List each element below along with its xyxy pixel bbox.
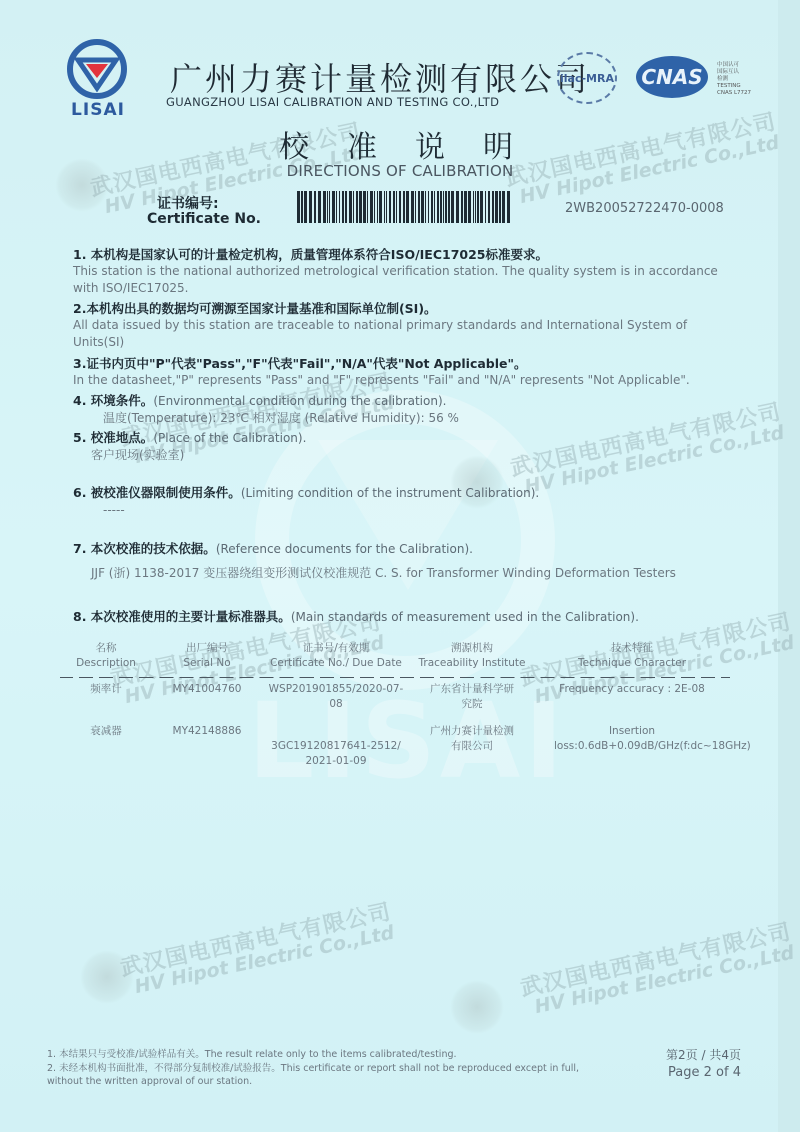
lisai-logo-icon bbox=[66, 38, 128, 100]
cell-description: 衰减器 bbox=[60, 724, 152, 769]
watermark-burst-icon bbox=[450, 980, 504, 1034]
cell-technique: Frequency accuracy : 2E-08 bbox=[534, 682, 730, 712]
section-1: 1. 本机构是国家认可的计量检定机构，质量管理体系符合ISO/IEC17025标… bbox=[73, 246, 733, 297]
cell-serial: MY41004760 bbox=[152, 682, 262, 712]
cnas-accreditation-text: 中国认可 国际互认 检测 TESTING CNAS L7727 bbox=[717, 62, 751, 97]
watermark: 武汉国电西高电气有限公司HV Hipot Electric Co.,Ltd bbox=[519, 922, 798, 1019]
section-body: In the datasheet,"P" represents "Pass" a… bbox=[73, 372, 733, 389]
section-heading: 3.证书内页中"P"代表"Pass","F"代表"Fail","N/A"代表"N… bbox=[73, 355, 733, 372]
document-title-en: DIRECTIONS OF CALIBRATION bbox=[0, 162, 800, 180]
table-header-row: 名称Description 出厂编号Serial No 证书号/有效期Certi… bbox=[60, 641, 730, 671]
ilac-mra-icon: ilac-MRA bbox=[557, 52, 617, 104]
page-number-cn: 第2页 / 共4页 bbox=[666, 1047, 741, 1064]
certificate-label-cn: 证书编号: bbox=[157, 193, 219, 213]
cell-traceability: 广州力赛计量检测有限公司 bbox=[410, 724, 534, 769]
section-3: 3.证书内页中"P"代表"Pass","F"代表"Fail","N/A"代表"N… bbox=[73, 355, 733, 389]
watermark-burst-icon bbox=[80, 950, 134, 1004]
cell-certificate: 3GC19120817641-2512/2021-01-09 bbox=[262, 724, 410, 769]
company-name-cn: 广州力赛计量检测有限公司 bbox=[170, 54, 590, 100]
standards-table: 名称Description 出厂编号Serial No 证书号/有效期Certi… bbox=[60, 641, 730, 769]
page-number: 第2页 / 共4页 Page 2 of 4 bbox=[666, 1047, 741, 1081]
section-6: 6. 被校准仪器限制使用条件。(Limiting condition of th… bbox=[73, 484, 733, 519]
company-name-en: GUANGZHOU LISAI CALIBRATION AND TESTING … bbox=[166, 95, 499, 109]
document-title-cn: 校准说明 bbox=[0, 122, 800, 166]
reference-document: JJF (浙) 1138-2017 变压器绕组变形测试仪校准规范 C. S. f… bbox=[73, 565, 733, 582]
section-body: All data issued by this station are trac… bbox=[73, 317, 733, 351]
table-divider bbox=[60, 677, 730, 678]
certificate-page: LISAI 武汉国电西高电气有限公司HV Hipot Electric Co.,… bbox=[0, 0, 800, 1132]
cell-serial: MY42148886 bbox=[152, 724, 262, 769]
limiting-condition: ----- bbox=[73, 502, 733, 519]
table-row: 频率计 MY41004760 WSP201901855/2020-07-08 广… bbox=[60, 682, 730, 712]
column-header: 溯源机构Traceability Institute bbox=[410, 641, 534, 671]
cell-technique: Insertion loss:0.6dB+0.09dB/GHz(f:dc~18G… bbox=[534, 724, 730, 769]
certificate-label-en: Certificate No. bbox=[147, 211, 261, 227]
section-8: 8. 本次校准使用的主要计量标准器具。(Main standards of me… bbox=[73, 608, 733, 626]
section-heading: 1. 本机构是国家认可的计量检定机构，质量管理体系符合ISO/IEC17025标… bbox=[73, 246, 733, 263]
cnas-logo-icon: CNAS bbox=[636, 56, 708, 98]
section-5: 5. 校准地点。(Place of the Calibration). 客户现场… bbox=[73, 429, 733, 464]
column-header: 出厂编号Serial No bbox=[152, 641, 262, 671]
section-heading: 4. 环境条件。(Environmental condition during … bbox=[73, 392, 733, 410]
footer-note: 1. 本结果只与受校准/试验样品有关。The result relate onl… bbox=[47, 1048, 592, 1062]
section-heading: 2.本机构出具的数据均可溯源至国家计量基准和国际单位制(SI)。 bbox=[73, 300, 733, 317]
certificate-number: 2WB20052722470-0008 bbox=[565, 201, 724, 216]
column-header: 名称Description bbox=[60, 641, 152, 671]
environment-values: 温度(Temperature): 23℃ 相对湿度 (Relative Humi… bbox=[73, 410, 733, 427]
section-heading: 8. 本次校准使用的主要计量标准器具。(Main standards of me… bbox=[73, 608, 733, 626]
ilac-label: ilac-MRA bbox=[560, 72, 614, 85]
barcode bbox=[297, 191, 517, 223]
section-heading: 6. 被校准仪器限制使用条件。(Limiting condition of th… bbox=[73, 484, 733, 502]
section-body: This station is the national authorized … bbox=[73, 263, 733, 297]
cell-certificate: WSP201901855/2020-07-08 bbox=[262, 682, 410, 712]
page-number-en: Page 2 of 4 bbox=[666, 1064, 741, 1081]
section-heading: 7. 本次校准的技术依据。(Reference documents for th… bbox=[73, 540, 733, 558]
column-header: 技术特征Technique Character bbox=[534, 641, 730, 671]
section-7: 7. 本次校准的技术依据。(Reference documents for th… bbox=[73, 540, 733, 582]
table-row: 衰减器 MY42148886 3GC19120817641-2512/2021-… bbox=[60, 724, 730, 769]
calibration-place: 客户现场(实验室) bbox=[73, 447, 733, 464]
section-2: 2.本机构出具的数据均可溯源至国家计量基准和国际单位制(SI)。 All dat… bbox=[73, 300, 733, 351]
cnas-label: CNAS bbox=[641, 65, 702, 89]
section-4: 4. 环境条件。(Environmental condition during … bbox=[73, 392, 733, 427]
watermark: 武汉国电西高电气有限公司HV Hipot Electric Co.,Ltd bbox=[119, 902, 398, 999]
footer-notes: 1. 本结果只与受校准/试验样品有关。The result relate onl… bbox=[47, 1048, 592, 1089]
footer-note: 2. 未经本机构书面批准，不得部分复制校准/试验报告。This certific… bbox=[47, 1062, 592, 1089]
cell-description: 频率计 bbox=[60, 682, 152, 712]
cell-traceability: 广东省计量科学研究院 bbox=[410, 682, 534, 712]
section-heading: 5. 校准地点。(Place of the Calibration). bbox=[73, 429, 733, 447]
logo-text: LISAI bbox=[66, 100, 130, 120]
column-header: 证书号/有效期Certificate No./ Due Date bbox=[262, 641, 410, 671]
